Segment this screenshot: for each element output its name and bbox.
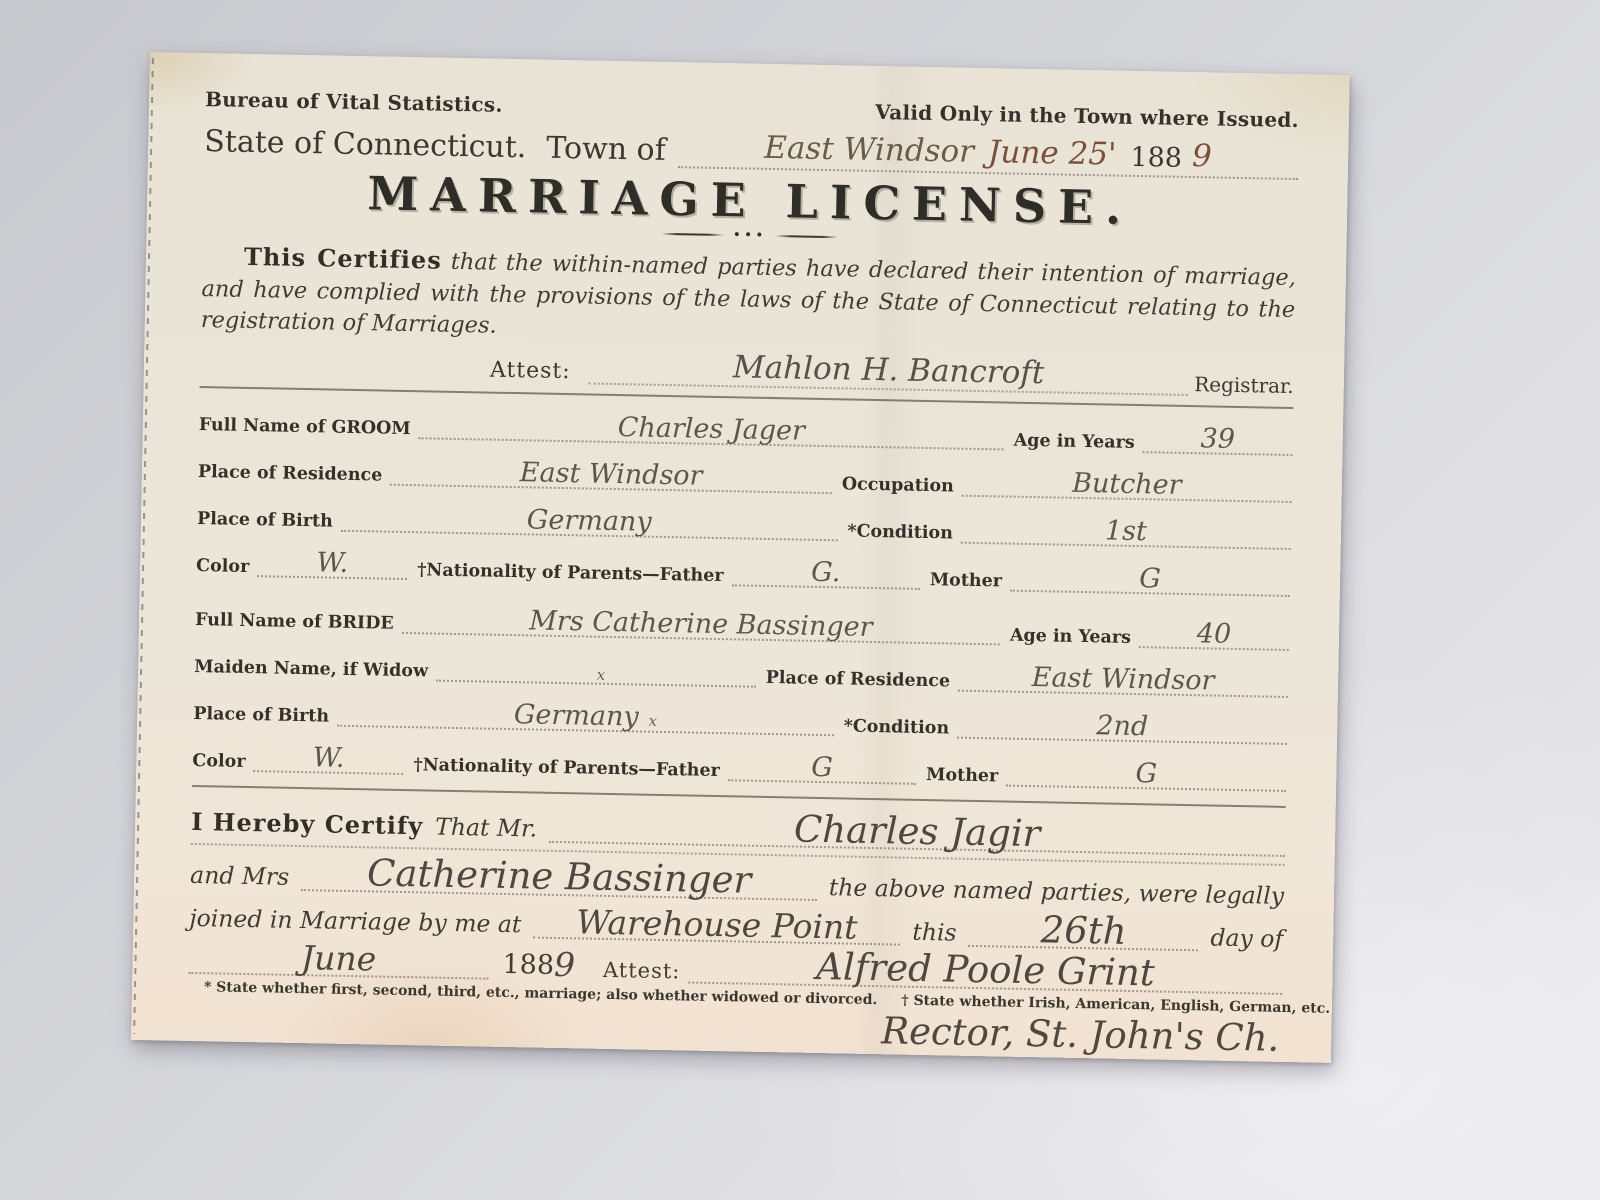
groom-mother-field: G — [1010, 562, 1291, 596]
bride-condition-value: 2nd — [1096, 710, 1148, 742]
town-date-field: East Windsor June 25' 188 9 — [677, 128, 1298, 180]
groom-color-label: Color — [196, 555, 258, 576]
groom-name-value: Charles Jager — [617, 412, 805, 447]
groom-residence-value: East Windsor — [520, 457, 703, 492]
bride-name-field: Mrs Catherine Bassinger — [402, 604, 1001, 644]
groom-birth-value: Germany — [527, 504, 652, 537]
bride-father-field: G — [728, 752, 917, 785]
officiant-signature: Alfred Poole Grint — [816, 945, 1155, 994]
groom-nationality-label: †Nationality of Parents—Father — [417, 560, 732, 586]
bureau-heading: Bureau of Vital Statistics. — [205, 87, 503, 117]
groom-age-value: 39 — [1200, 423, 1235, 455]
groom-name-row: Full Name of GROOM Charles Jager Age in … — [199, 401, 1293, 456]
groom-residence-row: Place of Residence East Windsor Occupati… — [198, 448, 1292, 503]
bride-maiden-mark: x — [597, 665, 606, 683]
certify-month-value: June — [301, 938, 377, 978]
certify-day-value: 26th — [1040, 908, 1127, 953]
groom-birth-row: Place of Birth Germany *Condition 1st — [197, 494, 1291, 549]
groom-occupation-field: Butcher — [962, 467, 1292, 502]
certify-dayof-label: day of — [1210, 924, 1283, 953]
groom-condition-value: 1st — [1105, 515, 1147, 547]
certify-bride-field: Catherine Bassinger — [301, 855, 817, 900]
validity-notice: Valid Only in the Town where Issued. — [875, 100, 1299, 132]
groom-color-field: W. — [257, 548, 408, 580]
bride-father-value: G — [811, 751, 833, 782]
bride-nationality-label: †Nationality of Parents—Father — [413, 755, 728, 781]
marriage-license-document: Bureau of Vital Statistics. Valid Only i… — [131, 52, 1350, 1063]
bride-section: Full Name of BRIDE Mrs Catherine Bassing… — [192, 595, 1289, 791]
bride-color-field: W. — [253, 743, 404, 775]
bride-name-value: Mrs Catherine Bassinger — [529, 605, 873, 643]
ornament-dots: ••• — [733, 227, 767, 244]
certify-place-value: Warehouse Point — [576, 902, 858, 946]
groom-father-value: G. — [811, 556, 841, 588]
bride-birth-value: Germany — [514, 699, 639, 732]
bride-condition-label: *Condition — [843, 716, 957, 738]
bride-age-value: 40 — [1197, 618, 1232, 650]
groom-mother-label: Mother — [930, 570, 1011, 592]
certify-year-printed: 188 — [502, 948, 554, 980]
bride-birth-row: Place of Birth Germanyx *Condition 2nd — [193, 689, 1287, 744]
ornament-line-right — [775, 235, 837, 238]
certify-parties-text: the above named parties, were legally — [829, 873, 1285, 910]
groom-condition-label: *Condition — [847, 521, 961, 543]
certify-groom-row: I Hereby Certify That Mr. Charles Jagir — [191, 800, 1285, 856]
groom-name-field: Charles Jager — [419, 410, 1004, 450]
groom-father-field: G. — [731, 557, 920, 590]
town-label: Town of — [546, 131, 666, 168]
certify-day-field: 26th — [968, 911, 1199, 951]
groom-occupation-label: Occupation — [842, 474, 962, 496]
groom-birth-label: Place of Birth — [197, 508, 341, 531]
bride-color-row: Color W. †Nationality of Parents—Father … — [192, 736, 1286, 791]
bride-mother-field: G — [1006, 757, 1287, 791]
certify-this-label: this — [912, 918, 957, 947]
certify-year-group: 188 9 — [502, 948, 575, 981]
certification-paragraph: This Certifies that the within-named par… — [201, 239, 1297, 357]
bride-age-field: 40 — [1139, 619, 1290, 651]
groom-color-value: W. — [316, 547, 348, 579]
certify-and-label: and Mrs — [190, 860, 290, 890]
groom-age-label: Age in Years — [1013, 430, 1142, 452]
certify-bride-signature: Catherine Bassinger — [367, 851, 752, 901]
year-digit-value: 9 — [1192, 138, 1212, 174]
groom-name-label: Full Name of GROOM — [199, 415, 419, 439]
certify-groom-field: Charles Jagir — [549, 807, 1286, 857]
bride-residence-value: East Windsor — [1032, 662, 1215, 697]
groom-birth-field: Germany — [341, 502, 838, 541]
bride-age-label: Age in Years — [1010, 625, 1139, 647]
photo-background: Bureau of Vital Statistics. Valid Only i… — [0, 0, 1600, 1200]
certify-month-field: June — [188, 940, 489, 979]
printed-year-prefix: 188 — [1130, 142, 1182, 174]
certify-attest-label: Attest: — [603, 957, 681, 982]
groom-residence-label: Place of Residence — [198, 461, 391, 485]
bride-mother-value: G — [1135, 758, 1157, 789]
certifies-lead: This Certifies — [244, 242, 442, 275]
bride-color-label: Color — [192, 750, 254, 771]
registrar-signature: Mahlon H. Bancroft — [733, 349, 1045, 391]
certify-joined-text: joined in Marriage by me at — [189, 904, 522, 938]
ornament-line-left — [662, 233, 724, 236]
state-label: State of Connecticut. — [204, 124, 527, 165]
certify-that-label: That Mr. — [435, 813, 537, 843]
certify-year-digit: 9 — [554, 949, 576, 981]
bride-color-value: W. — [313, 742, 345, 774]
bride-name-row: Full Name of BRIDE Mrs Catherine Bassing… — [195, 595, 1289, 650]
issue-date-value: June 25' — [988, 134, 1117, 172]
groom-color-row: Color W. †Nationality of Parents—Father … — [196, 541, 1290, 596]
bride-mother-label: Mother — [926, 765, 1007, 787]
bride-maiden-field: x — [436, 663, 756, 687]
groom-mother-value: G — [1139, 563, 1161, 594]
certify-groom-signature: Charles Jagir — [794, 807, 1041, 855]
groom-occupation-value: Butcher — [1072, 467, 1182, 500]
certify-place-field: Warehouse Point — [533, 905, 901, 946]
bride-maiden-row: Maiden Name, if Widow x Place of Residen… — [194, 642, 1288, 697]
bride-name-label: Full Name of BRIDE — [195, 609, 402, 633]
groom-condition-field: 1st — [961, 514, 1291, 549]
registrar-label: Registrar. — [1194, 372, 1294, 398]
bride-residence-field: East Windsor — [958, 662, 1288, 697]
bride-birth-label: Place of Birth — [193, 703, 337, 726]
certify-lead: I Hereby Certify — [191, 807, 424, 840]
groom-age-field: 39 — [1142, 424, 1293, 456]
bride-birth-mark: x — [648, 711, 657, 729]
bride-residence-label: Place of Residence — [766, 667, 959, 691]
town-value: East Windsor — [764, 130, 974, 170]
bride-maiden-label: Maiden Name, if Widow — [194, 656, 436, 681]
document-content: Bureau of Vital Statistics. Valid Only i… — [131, 52, 1350, 1063]
bride-birth-field: Germanyx — [337, 697, 834, 736]
groom-residence-field: East Windsor — [390, 456, 832, 493]
certify-officiant-field: Alfred Poole Grint — [688, 948, 1283, 995]
bride-condition-field: 2nd — [957, 709, 1287, 744]
attest-label: Attest: — [490, 357, 571, 384]
groom-section: Full Name of GROOM Charles Jager Age in … — [196, 401, 1293, 597]
